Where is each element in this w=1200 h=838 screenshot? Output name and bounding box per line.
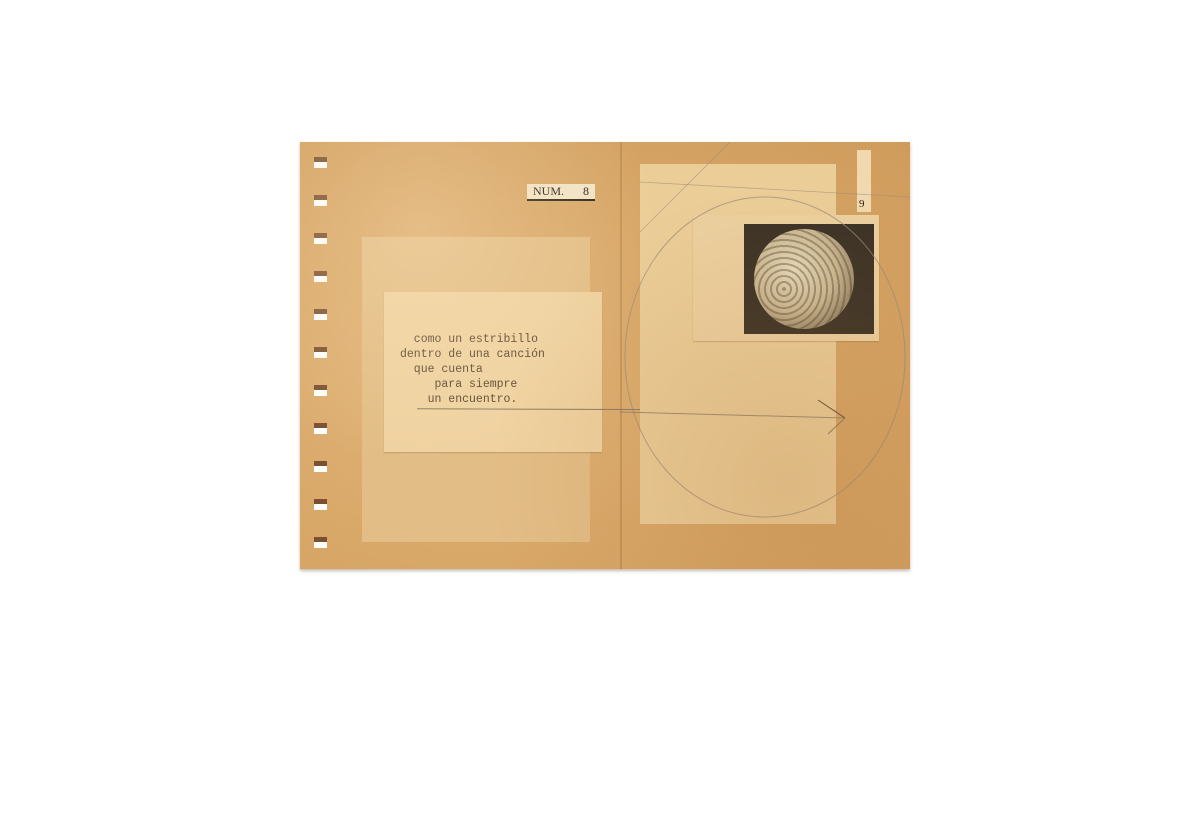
- moon-engraving: [744, 224, 874, 334]
- binding-hole: [314, 309, 327, 320]
- number-label-value: 8: [583, 184, 589, 199]
- page-number-tab: 9: [857, 150, 871, 212]
- page-number: 9: [859, 198, 865, 210]
- binding-hole: [314, 385, 327, 396]
- binding-hole: [314, 347, 327, 358]
- binding-hole: [314, 499, 327, 510]
- binding-hole: [314, 233, 327, 244]
- binding-hole: [314, 195, 327, 206]
- binding-hole: [314, 537, 327, 548]
- binding-hole: [314, 157, 327, 168]
- binding-hole: [314, 423, 327, 434]
- poem-text: como un estribillo dentro de una canción…: [400, 332, 545, 407]
- moon-icon: [754, 229, 854, 329]
- number-label: NUM. 8: [527, 184, 595, 201]
- binding-hole: [314, 271, 327, 282]
- collage-spread: NUM. 8 como un estribillo dentro de una …: [300, 142, 910, 569]
- binding-hole: [314, 461, 327, 472]
- page-fold: [620, 142, 622, 569]
- number-label-prefix: NUM.: [533, 184, 564, 199]
